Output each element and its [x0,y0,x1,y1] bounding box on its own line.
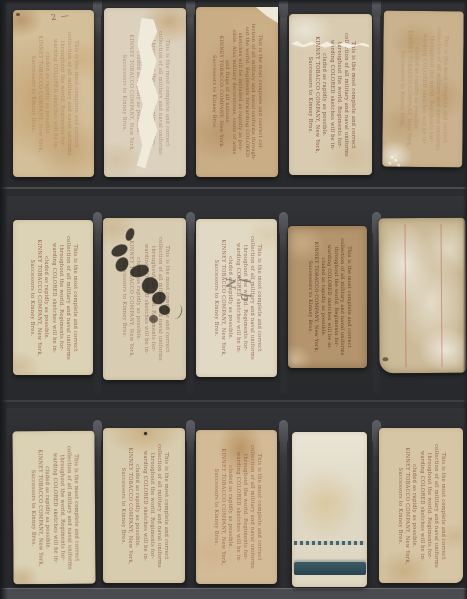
red-ruled-line [440,224,442,367]
card-r2c4: This is the most complete and correct co… [288,226,367,368]
pocket-seam [187,212,194,394]
blue-ink-band [294,541,365,545]
card-back-text: This is the most complete and correct co… [108,433,180,579]
pocket-seam [187,0,194,170]
card-r1c4: This is the most complete and correct co… [289,14,372,175]
edge-speck [16,13,20,16]
pocket-seam-weld [279,420,288,444]
pocket-seam-weld [186,212,195,236]
card-back-text: This is the most complete and correct co… [292,232,364,362]
pocket-seam [94,212,101,394]
card-r1c3: This is the most complete and correct co… [196,7,278,177]
card-r1c2: This is the most complete and correct co… [104,8,186,177]
ink-stain [149,315,158,323]
album-page: This is the most complete and correct co… [0,0,467,599]
card-r2c3: This is the most complete and correct co… [196,219,277,377]
pocket-row-seam-line [0,187,467,189]
card-r3c2: This is the most complete and correct co… [103,428,185,583]
pocket-seam [280,0,287,170]
card-r2c2: This is the most complete and correct co… [103,218,186,380]
pocket-seam [373,0,380,170]
card-back-text: This is the most complete and correct co… [386,16,460,163]
pocket-seam-weld [186,420,195,444]
card-back-text: This is the most complete and correct co… [201,434,273,580]
ink-trace [382,357,388,361]
card-r1c5: This is the most complete and correct co… [382,11,464,168]
card-back-text: This is the most complete and correct co… [18,21,90,167]
red-ruled-line [405,224,407,367]
white-flecks [390,156,393,159]
pocket-seam-weld [93,212,102,236]
card-r3c3: This is the most complete and correct co… [196,430,277,584]
card-r2c5 [378,218,466,374]
card-back-text: This is the most complete and correct co… [17,434,90,580]
card-r1c1: This is the most complete and correct co… [13,10,94,177]
page-edge-right [463,0,467,599]
card-back-text: This is the most complete and correct co… [385,433,457,579]
pocket-row-seam-line [0,400,467,402]
blue-ink-band [294,562,366,575]
card-back-text: This is the most complete and correct co… [201,13,273,171]
pinhole [144,432,147,435]
pocket-seam [187,420,194,588]
pocket-seam [280,212,287,394]
pocket-seam [280,420,287,588]
pocket-seam [94,0,101,170]
card-r3c4 [292,432,367,587]
pocket-seam-weld [279,212,288,236]
page-edge-left [0,0,8,599]
pencil-signature: J b N [222,278,252,319]
page-edge-top [0,0,467,5]
page-bottom-strip [0,588,467,599]
card-r3c5: This is the most complete and correct co… [379,428,463,583]
card-back-text: This is the most complete and correct co… [17,225,89,371]
card-r3c1: This is the most complete and correct co… [12,431,95,585]
card-r2c1: This is the most complete and correct co… [13,220,93,375]
